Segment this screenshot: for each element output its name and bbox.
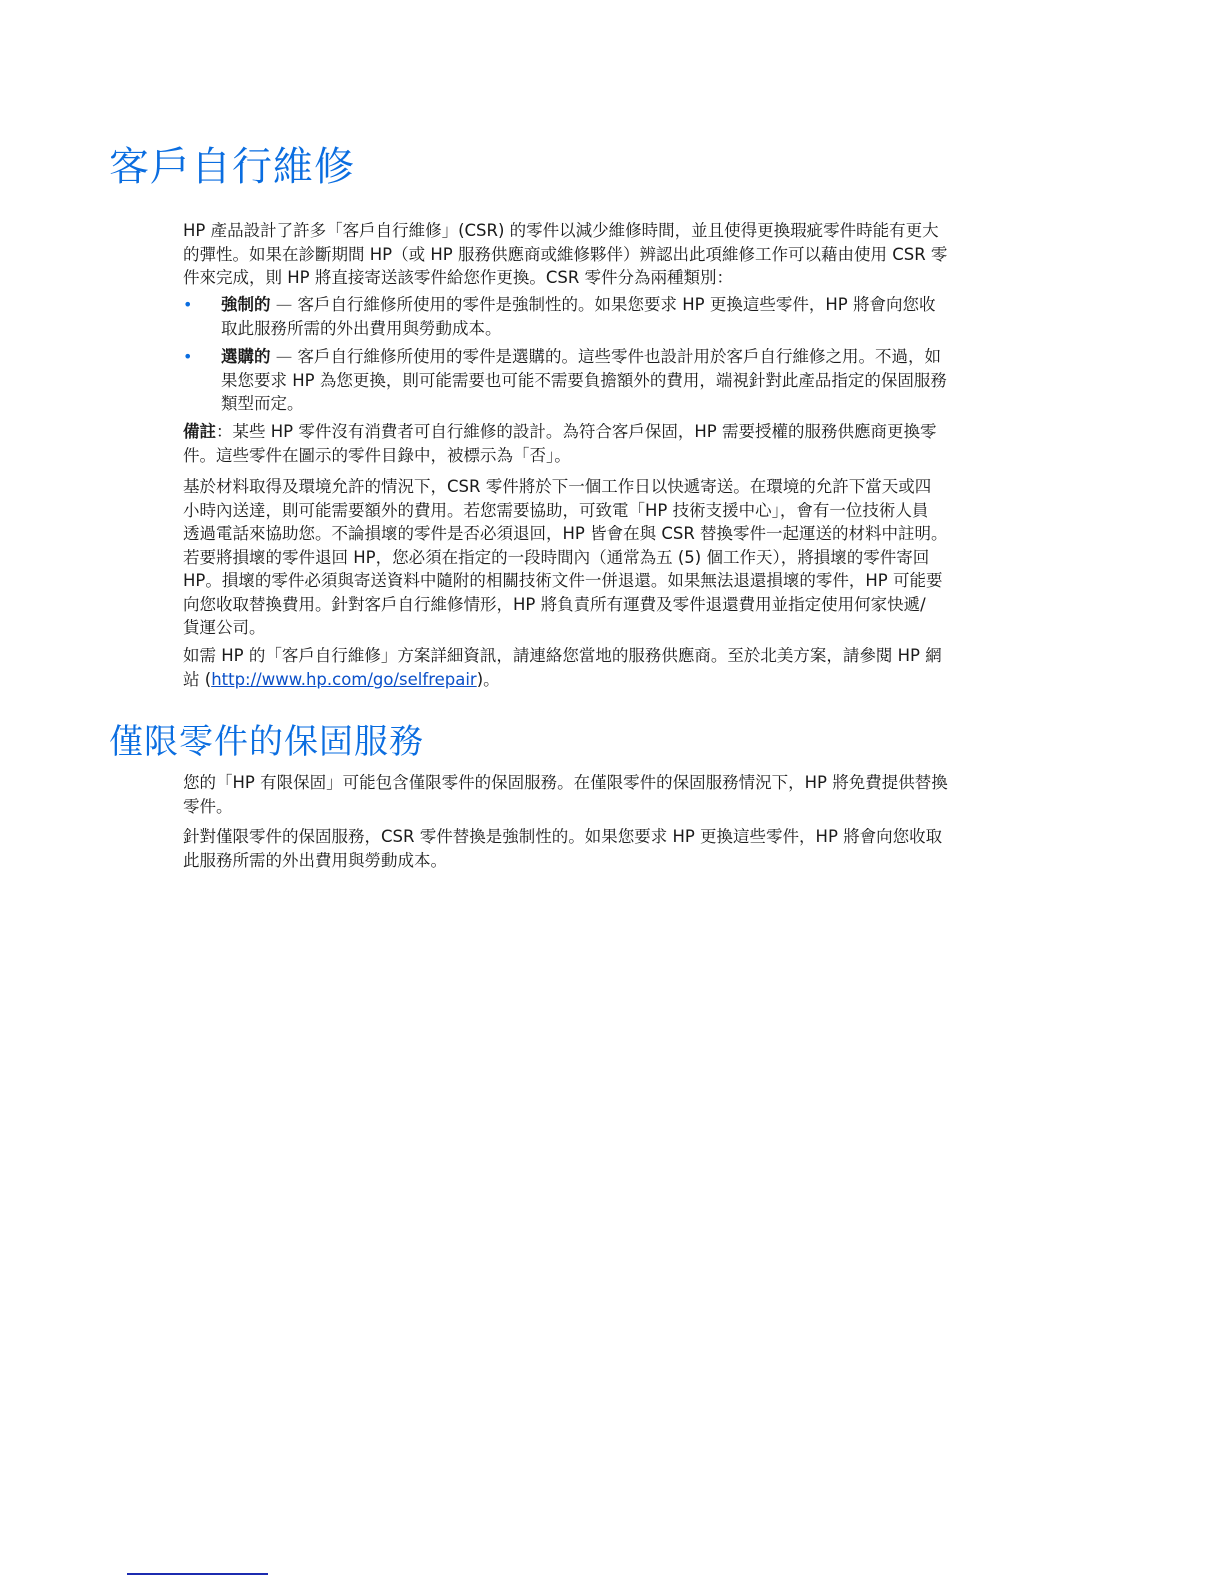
text-line: 貨運公司。 — [183, 616, 973, 640]
text-line: 件來完成，則 HP 將直接寄送該零件給您作更換。CSR 零件分為兩種類別： — [183, 266, 973, 290]
bullet-item-mandatory: • 強制的 — 客戶自行維修所使用的零件是強制性的。如果您要求 HP 更換這些零… — [183, 293, 973, 340]
note-paragraph: 備註：某些 HP 零件沒有消費者可自行維修的設計。為符合客戶保固，HP 需要授權… — [183, 420, 973, 467]
em-dash: — — [271, 295, 298, 314]
warranty-paragraph-2: 針對僅限零件的保固服務，CSR 零件替換是強制性的。如果您要求 HP 更換這些零… — [183, 825, 973, 872]
text-fragment: )。 — [477, 670, 500, 689]
shipping-paragraph: 基於材料取得及環境允許的情況下，CSR 零件將於下一個工作日以快遞寄送。在環境的… — [183, 475, 973, 640]
text-fragment: 站 ( — [183, 670, 211, 689]
text-line: 此服務所需的外出費用與勞動成本。 — [183, 849, 973, 873]
bullet-term: 強制的 — [221, 295, 271, 314]
text-line: 小時內送達，則可能需要額外的費用。若您需要協助，可致電「HP 技術支援中心」，會… — [183, 499, 973, 523]
bullet-item-optional: • 選購的 — 客戶自行維修所使用的零件是選購的。這些零件也設計用於客戶自行維修… — [183, 345, 973, 416]
text-line: 果您要求 HP 為您更換，則可能需要也可能不需要負擔額外的費用，端視針對此產品指… — [221, 369, 973, 393]
bullet-term: 選購的 — [221, 347, 271, 366]
text-line: 您的「HP 有限保固」可能包含僅限零件的保固服務。在僅限零件的保固服務情況下，H… — [183, 771, 973, 795]
text-line: 針對僅限零件的保固服務，CSR 零件替換是強制性的。如果您要求 HP 更換這些零… — [183, 825, 973, 849]
bullet-icon: • — [183, 345, 192, 369]
selfrepair-link[interactable]: http://www.hp.com/go/selfrepair — [211, 670, 477, 689]
text-line: 客戶自行維修所使用的零件是強制性的。如果您要求 HP 更換這些零件，HP 將會向… — [298, 295, 936, 314]
text-line: HP。損壞的零件必須與寄送資料中隨附的相關技術文件一併退還。如果無法退還損壞的零… — [183, 569, 973, 593]
text-line: 向您收取替換費用。針對客戶自行維修情形，HP 將負責所有運費及零件退還費用並指定… — [183, 593, 973, 617]
warranty-paragraph-1: 您的「HP 有限保固」可能包含僅限零件的保固服務。在僅限零件的保固服務情況下，H… — [183, 771, 973, 818]
text-line: 件。這些零件在圖示的零件目錄中，被標示為「否」。 — [183, 444, 973, 468]
text-line: ：某些 HP 零件沒有消費者可自行維修的設計。為符合客戶保固，HP 需要授權的服… — [216, 422, 936, 441]
text-line: 透過電話來協助您。不論損壞的零件是否必須退回，HP 皆會在與 CSR 替換零件一… — [183, 522, 973, 546]
note-label: 備註 — [183, 422, 216, 441]
more-info-paragraph: 如需 HP 的「客戶自行維修」方案詳細資訊，請連絡您當地的服務供應商。至於北美方… — [183, 644, 973, 691]
text-line: 類型而定。 — [221, 392, 973, 416]
section-title-parts-only-warranty: 僅限零件的保固服務 — [109, 718, 424, 766]
footer-rule — [127, 1573, 268, 1575]
section-title-customer-self-repair: 客戶自行維修 — [109, 143, 355, 191]
text-line: 取此服務所需的外出費用與勞動成本。 — [221, 317, 973, 341]
text-line: HP 產品設計了許多「客戶自行維修」(CSR) 的零件以減少維修時間，並且使得更… — [183, 219, 973, 243]
bullet-icon: • — [183, 293, 192, 317]
text-line: 如需 HP 的「客戶自行維修」方案詳細資訊，請連絡您當地的服務供應商。至於北美方… — [183, 644, 973, 668]
text-line: 客戶自行維修所使用的零件是選購的。這些零件也設計用於客戶自行維修之用。不過，如 — [298, 347, 942, 366]
intro-paragraph: HP 產品設計了許多「客戶自行維修」(CSR) 的零件以減少維修時間，並且使得更… — [183, 219, 973, 290]
text-line: 基於材料取得及環境允許的情況下，CSR 零件將於下一個工作日以快遞寄送。在環境的… — [183, 475, 973, 499]
text-line: 若要將損壞的零件退回 HP，您必須在指定的一段時間內（通常為五 (5) 個工作天… — [183, 546, 973, 570]
text-line: 零件。 — [183, 795, 973, 819]
text-line: 的彈性。如果在診斷期間 HP（或 HP 服務供應商或維修夥伴）辨認出此項維修工作… — [183, 243, 973, 267]
em-dash: — — [271, 347, 298, 366]
